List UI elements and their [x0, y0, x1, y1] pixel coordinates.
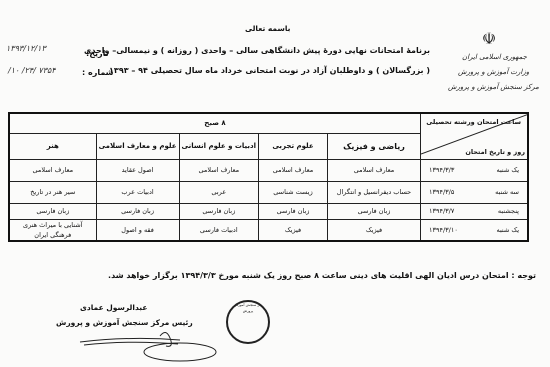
day: یک شنبه: [496, 226, 519, 234]
table-row: یک شنبه۱۳۹۴/۳/۱۰ فیزیک فیزیک ادبیات فارس…: [9, 219, 528, 241]
signatory-title: رئیس مرکز سنجش آموزش و پرورش: [56, 318, 193, 327]
cell: زبان فارسی: [328, 203, 421, 219]
cell: فقه و اصول: [96, 219, 179, 241]
cell: فیزیک: [328, 219, 421, 241]
table-row: سه شنبه۱۳۹۴/۳/۵ حساب دیفرانسیل و انتگرال…: [9, 181, 528, 203]
date-label: تاریخ:: [86, 49, 109, 58]
cell: زبان فارسی: [259, 203, 328, 219]
day: پنجشنبه: [498, 207, 519, 215]
diag-label-top: ساعت امتحان ورشته تحصیلی: [426, 118, 521, 126]
cell: آشنایی با میراث هنری فرهنگی ایران: [9, 219, 96, 241]
org-line-3: مرکز سنجش آموزش و پرورش: [448, 83, 539, 91]
signature-scribble-icon: [70, 328, 220, 364]
number-value: ۷۳۵۴ /۲۴/ ۱۰/: [8, 66, 56, 75]
stamp-text: مرکز سنجش آموزش و پرورش: [231, 303, 265, 313]
cell: سیر هنر در تاریخ: [9, 181, 96, 203]
cell: زبان فارسی: [96, 203, 179, 219]
note-text: توجه : امتحان درس ادیان الهی اقلیت های د…: [108, 271, 536, 280]
column-header: علوم و معارف اسلامی: [96, 133, 179, 159]
cell: اصول عقاید: [96, 159, 179, 181]
cell: زبان فارسی: [179, 203, 258, 219]
cell: زیست شناسی: [259, 181, 328, 203]
exam-schedule-table: ساعت امتحان ورشته تحصیلی روز و تاریخ امت…: [8, 112, 529, 242]
number-label: شماره :: [82, 68, 114, 77]
column-header: علوم تجربی: [259, 133, 328, 159]
cell: معارف اسلامی: [179, 159, 258, 181]
date: ۱۳۹۴/۳/۳: [429, 166, 454, 174]
time-header: ۸ صبح: [9, 113, 421, 133]
cell: حساب دیفرانسیل و انتگرال: [328, 181, 421, 203]
emblem-icon: ☫: [478, 28, 500, 50]
column-header: ریاضی و فیزیک: [328, 133, 421, 159]
cell: عربی: [179, 181, 258, 203]
cell: زبان فارسی: [9, 203, 96, 219]
diagonal-header-cell: ساعت امتحان ورشته تحصیلی روز و تاریخ امت…: [421, 113, 529, 159]
day: یک شنبه: [496, 166, 519, 174]
cell: ادبیات عرب: [96, 181, 179, 203]
cell: فیزیک: [259, 219, 328, 241]
basmala: باسمه تعالی: [245, 24, 290, 33]
table-row: یک شنبه۱۳۹۴/۳/۳ معارف اسلامی معارف اسلام…: [9, 159, 528, 181]
date: ۱۳۹۴/۳/۱۰: [429, 226, 458, 234]
org-line-1: جمهوری اسلامی ایران: [462, 53, 527, 61]
cell: معارف اسلامی: [328, 159, 421, 181]
document-title-line1: برنامهٔ امتحانات نهایی دورهٔ پیش دانشگاه…: [84, 46, 430, 55]
cell: معارف اسلامی: [259, 159, 328, 181]
date: ۱۳۹۴/۳/۷: [429, 207, 454, 215]
document-title-line2: ( بزرگسالان ) و داوطلبان آزاد در نوبت ام…: [109, 66, 430, 75]
org-line-2: وزارت آموزش و پرورش: [458, 68, 529, 76]
cell: ادبیات فارسی: [179, 219, 258, 241]
column-header: ادبیات و علوم انسانی: [179, 133, 258, 159]
day: سه شنبه: [495, 188, 519, 196]
date-value: ۱۳۹۳/۱۲/۱۳: [6, 44, 46, 53]
diag-label-bottom: روز و تاریخ امتحان: [465, 148, 525, 156]
table-row: پنجشنبه۱۳۹۴/۳/۷ زبان فارسی زبان فارسی زب…: [9, 203, 528, 219]
column-header: هنر: [9, 133, 96, 159]
date: ۱۳۹۴/۳/۵: [429, 188, 454, 196]
official-stamp: مرکز سنجش آموزش و پرورش: [226, 300, 270, 344]
cell: معارف اسلامی: [9, 159, 96, 181]
signatory-name: عبدالرسول عمادی: [80, 303, 147, 312]
